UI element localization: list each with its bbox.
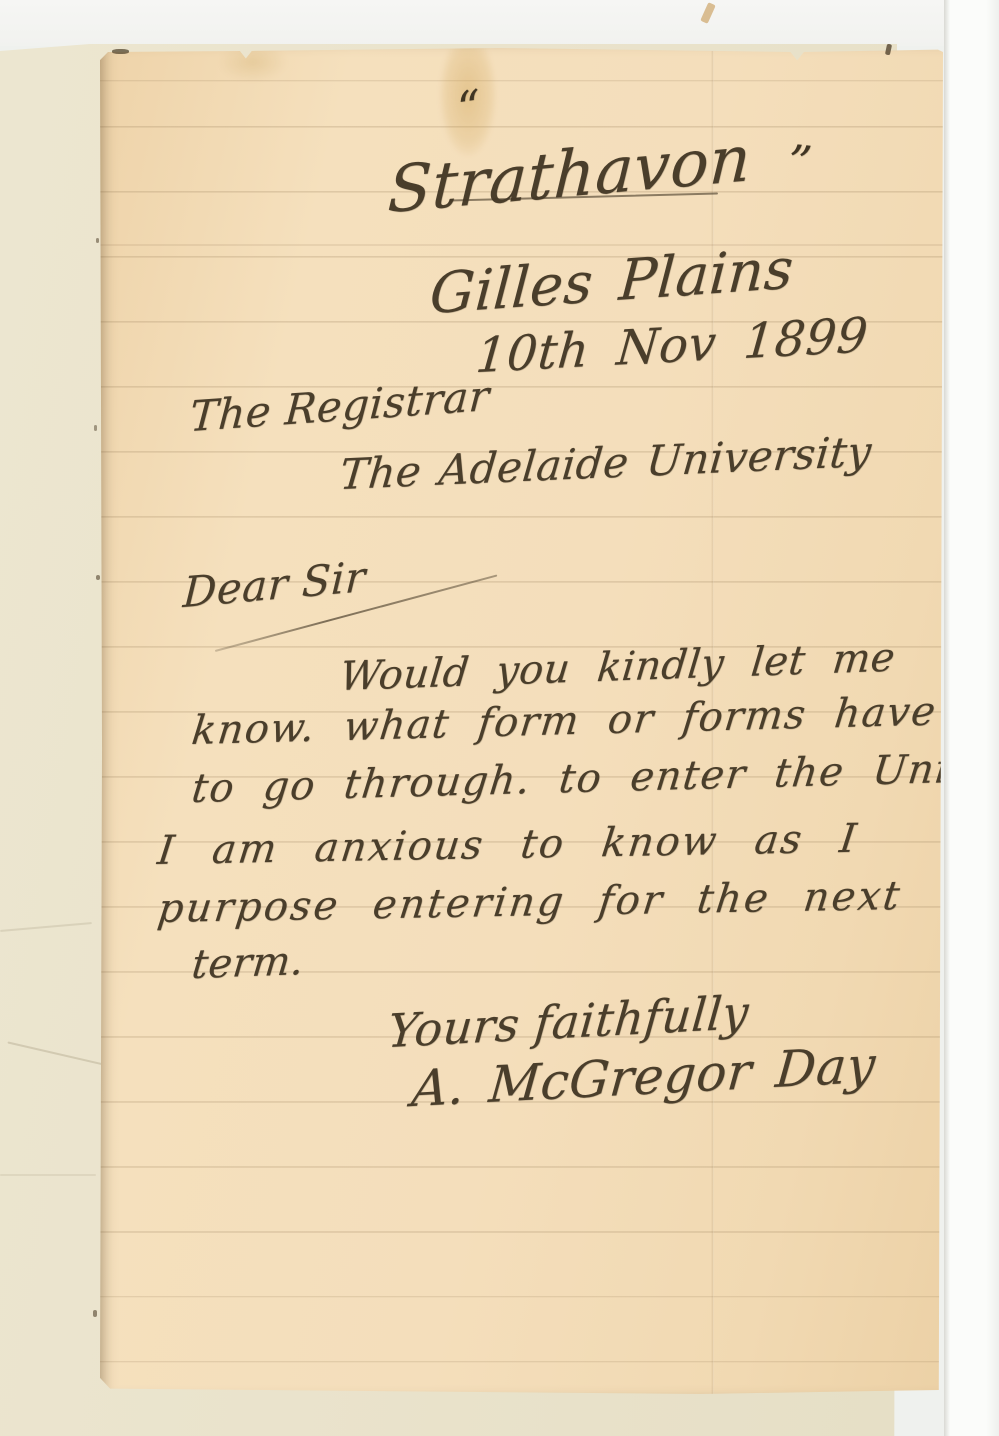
body-line: term. xyxy=(190,938,307,988)
body-line: purpose entering for the next xyxy=(155,873,904,932)
gutter-speck xyxy=(93,1310,97,1317)
gutter-speck xyxy=(94,425,97,431)
body-line: to go through. to enter the University? xyxy=(189,742,999,812)
recipient-title: The Registrar xyxy=(188,371,491,441)
body-line: Would you kindly let me xyxy=(338,635,898,701)
body-line: know. what form or forms have I xyxy=(189,687,984,754)
scanner-background-right xyxy=(944,0,999,1436)
horizontal-fold-crease xyxy=(100,244,943,246)
scanned-letter: “ ” Strathavon Gilles Plains 10th Nov 18… xyxy=(0,0,999,1436)
closing-quote-mark: ” xyxy=(785,134,815,190)
salutation: Dear Sir xyxy=(182,552,367,617)
gutter-speck xyxy=(96,575,100,580)
body-line: I am anxious to know as I xyxy=(155,816,860,874)
torn-edge-notch xyxy=(112,49,129,54)
letterhead-residence: Strathavon xyxy=(386,122,753,228)
scanner-background-top xyxy=(0,0,999,46)
under-page-fold-crease xyxy=(0,1174,96,1176)
letter-page: “ ” Strathavon Gilles Plains 10th Nov 18… xyxy=(100,48,943,1394)
gutter-speck xyxy=(96,238,99,243)
under-page-fold-crease xyxy=(0,922,92,932)
recipient-institution: The Adelaide University xyxy=(338,427,874,499)
